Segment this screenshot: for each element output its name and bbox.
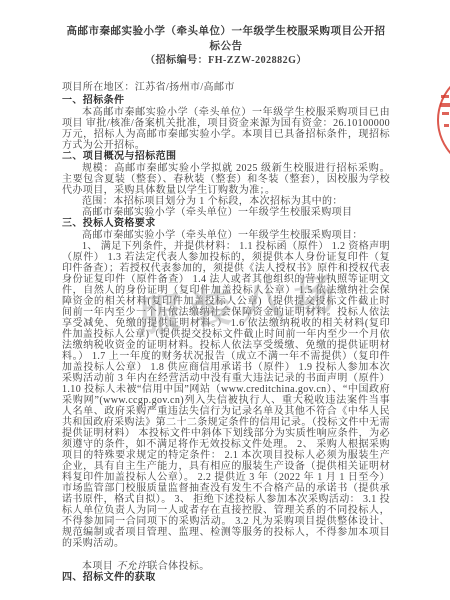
bid-announcement-document: 服装八场 高邮市秦邮实验小学（牵头单位）一年级学生校服采购项目公开招标公告 （招… — [0, 0, 450, 600]
seal-text-fragment — [440, 103, 450, 107]
seal-text-fragment — [441, 95, 449, 98]
text-run: 本项目 — [82, 561, 116, 572]
text-run: 联合体投标。 — [147, 561, 209, 572]
document-body: 高邮市秦邮实验小学（牵头单位）一年级学生校服采购项目公开招标公告 （招标编号：F… — [62, 24, 390, 584]
seal-text-fragment — [444, 124, 449, 127]
document-title: 高邮市秦邮实验小学（牵头单位）一年级学生校服采购项目公开招标公告 — [62, 24, 390, 54]
emphasized-text: 不允许 — [116, 561, 147, 572]
paragraph: 1、 满足下列条件，并提供材料： 1.1 投标函（原件） 1.2 资格声明（原件… — [62, 241, 390, 549]
paragraph: 本高邮市秦邮实验小学（牵头单位）一年级学生校服采购项目已由项目 审批/核准/备案… — [62, 107, 390, 151]
sections: 一、招标条件本高邮市秦邮实验小学（牵头单位）一年级学生校服采购项目已由项目 审批… — [62, 95, 390, 584]
section-heading: 一、招标条件 — [62, 95, 390, 107]
paragraph: 高邮市秦邮实验小学（牵头单位）一年级学生校服采购项目： — [62, 230, 390, 241]
seal-text-fragment — [442, 112, 449, 115]
partial-red-seal-icon — [437, 68, 450, 172]
section-heading: 二、项目概况与招标范围 — [62, 151, 390, 163]
section-heading: 三、投标人资格要求 — [62, 218, 390, 230]
paragraph: 规模：高邮市秦邮实验小学拟就 2025 级新生校服进行招标采购。主要包含夏装（整… — [62, 163, 390, 196]
section-heading: 四、招标文件的获取 — [62, 572, 390, 584]
project-location: 项目所在地区：江苏省/扬州市/高邮市 — [62, 82, 390, 94]
paragraph: 范围：本招标项目划分为 1 个标段，本次招标为其中的： — [62, 196, 390, 207]
paragraph: 高邮市秦邮实验小学（牵头单位）一年级学生校服采购项目 — [62, 207, 390, 218]
tender-number: （招标编号：FH-ZZW-202882G） — [62, 54, 390, 68]
paragraph: 本项目 不允许联合体投标。 — [62, 561, 390, 572]
